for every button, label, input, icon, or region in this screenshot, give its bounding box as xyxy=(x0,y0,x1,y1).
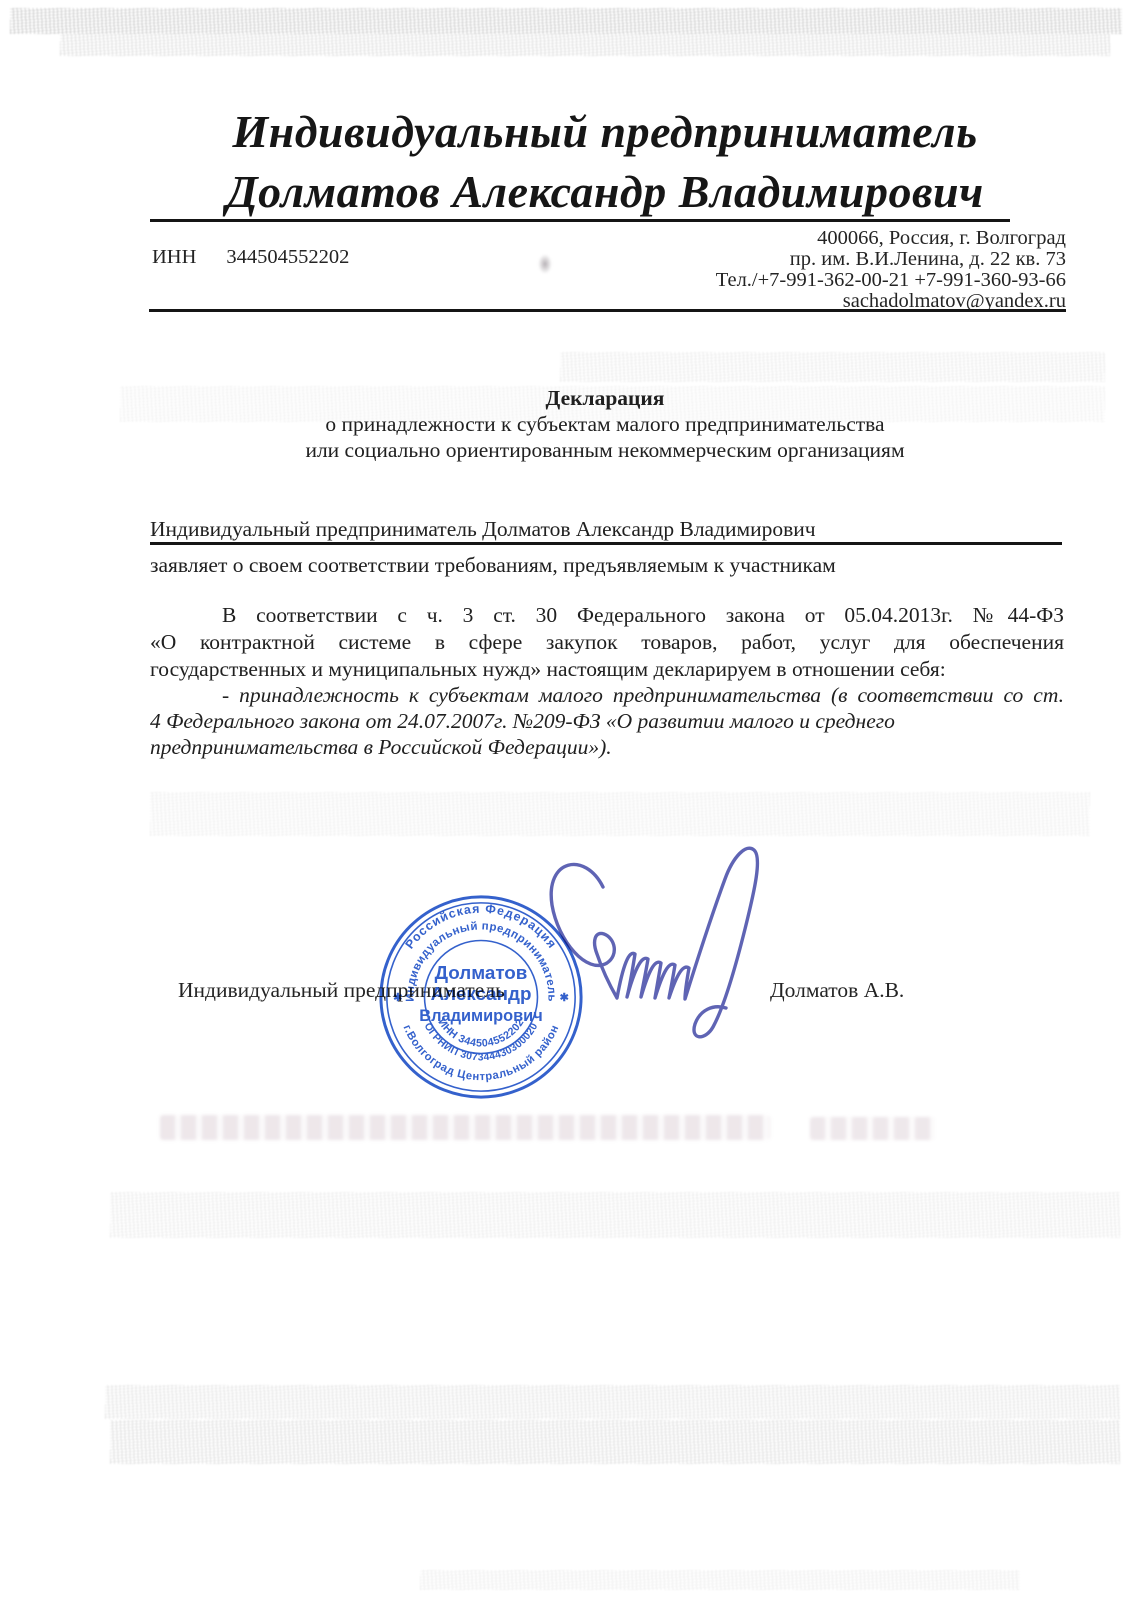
stamp-center-surname: Долматов xyxy=(435,962,528,983)
statement-line: заявляет о своем соответствии требования… xyxy=(150,552,1064,578)
subject-underline xyxy=(150,542,1062,545)
inn-label: ИНН xyxy=(152,246,196,268)
scan-noise-mid-3 xyxy=(150,792,1090,836)
scan-noise-low-3 xyxy=(110,1420,1120,1464)
scan-ghost-band-right xyxy=(810,1117,935,1140)
scanned-declaration-page: Индивидуальный предприниматель Долматов … xyxy=(0,0,1131,1600)
address-street: пр. им. В.И.Ленина, д. 22 кв. 73 xyxy=(716,249,1066,270)
declaration-subtitle-2: или социально ориентированным некоммерче… xyxy=(145,438,1065,463)
scan-noise-bottom xyxy=(420,1570,1020,1590)
declaration-subtitle-1: о принадлежности к субъектам малого пред… xyxy=(145,412,1065,437)
scan-noise-top-2 xyxy=(60,34,1110,56)
letterhead-rule-top xyxy=(150,219,1010,222)
handwritten-signature xyxy=(525,835,815,1050)
address-city: 400066, Россия, г. Волгоград xyxy=(716,228,1066,249)
subject-line: Индивидуальный предприниматель Долматов … xyxy=(150,516,1064,542)
inn-value: 344504552202 xyxy=(226,246,349,268)
signature-stroke xyxy=(551,848,757,1037)
paragraph-line: «О контрактной системе в сфере закупок т… xyxy=(150,629,1064,655)
paragraph-line: В соответствии с ч. 3 ст. 30 Федеральног… xyxy=(150,602,1064,628)
paragraph-line-italic: 4 Федерального закона от 24.07.2007г. №2… xyxy=(150,708,1064,734)
letterhead-title-line2: Долматов Александр Владимирович xyxy=(145,162,1065,222)
scan-smudge-dot xyxy=(538,254,552,274)
scan-noise-low-2 xyxy=(105,1385,1120,1419)
declaration-title: Декларация xyxy=(145,386,1065,411)
address-phone: Тел./+7-991-362-00-21 +7-991-360-93-66 xyxy=(716,270,1066,291)
paragraph-line-italic: предпринимательства в Российской Федерац… xyxy=(150,734,1064,760)
stamp-star-left-icon: ✱ xyxy=(393,992,402,1004)
scan-noise-low-1 xyxy=(110,1192,1120,1238)
letterhead-title-line1: Индивидуальный предприниматель xyxy=(145,102,1065,162)
scan-noise-top-1 xyxy=(10,8,1122,34)
paragraph-line-italic: - принадлежность к субъектам малого пред… xyxy=(150,682,1064,708)
letterhead-rule-bottom xyxy=(149,309,1066,311)
address-block: 400066, Россия, г. Волгоград пр. им. В.И… xyxy=(716,228,1066,312)
inn-line: ИНН344504552202 xyxy=(152,246,349,269)
paragraph-line: государственных и муниципальных нужд» на… xyxy=(150,656,1064,682)
stamp-center-firstname: Александр xyxy=(431,983,532,1004)
scan-ghost-band-left xyxy=(160,1115,770,1140)
scan-noise-mid-1 xyxy=(560,352,1105,382)
